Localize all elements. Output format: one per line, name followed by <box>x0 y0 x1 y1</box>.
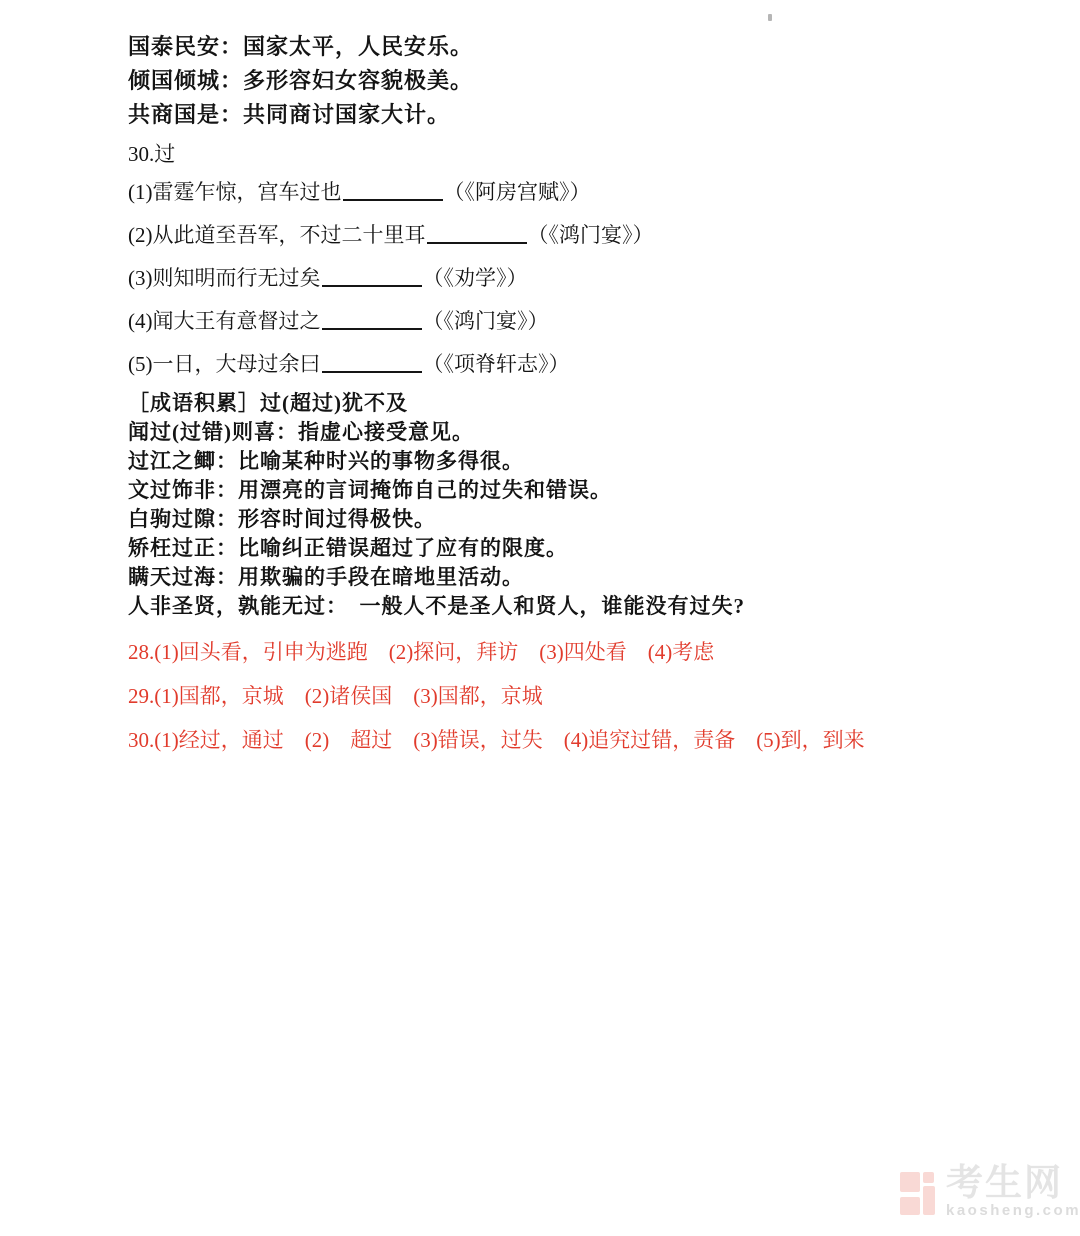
answer-blank <box>427 238 527 244</box>
idiom-line: 白驹过隙：形容时间过得极快。 <box>128 505 1008 534</box>
fill-blank-item: (4)闻大王有意督过之（《鸿门宴》） <box>128 308 1008 334</box>
item-source: （《项脊轩志》） <box>423 352 570 376</box>
answer-line: 29.(1)国都，京城 (2)诸侯国 (3)国都，京城 <box>128 683 1008 709</box>
fill-blank-item: (2)从此道至吾军，不过二十里耳（《鸿门宴》） <box>128 222 1008 248</box>
answer-blank <box>322 281 422 287</box>
item-source: （《鸿门宴》） <box>528 223 654 247</box>
item-source: （《阿房宫赋》） <box>444 180 591 204</box>
answer-blank <box>322 367 422 373</box>
logo-block <box>923 1186 935 1215</box>
item-text: (1)雷霆乍惊，宫车过也 <box>128 180 342 204</box>
answer-blank <box>322 324 422 330</box>
idiom-definition-line: 倾国倾城：多形容妇女容貌极美。 <box>128 64 1008 98</box>
idiom-line: 闻过(过错)则喜：指虚心接受意见。 <box>128 418 1008 447</box>
idiom-definition-line: 国泰民安：国家太平，人民安乐。 <box>128 30 1008 64</box>
item-text: (2)从此道至吾军，不过二十里耳 <box>128 223 426 247</box>
kaosheng-logo-icon <box>898 1170 938 1216</box>
idiom-definition-line: 共商国是：共同商讨国家大计。 <box>128 98 1008 132</box>
idiom-line: 过江之鲫：比喻某种时兴的事物多得很。 <box>128 447 1008 476</box>
fill-blank-item: (3)则知明而行无过矣（《劝学》） <box>128 265 1008 291</box>
item-text: (4)闻大王有意督过之 <box>128 309 321 333</box>
idiom-accumulation-list: 闻过(过错)则喜：指虚心接受意见。 过江之鲫：比喻某种时兴的事物多得很。 文过饰… <box>128 418 1008 621</box>
item-source: （《鸿门宴》） <box>423 309 549 333</box>
answer-line: 28.(1)回头看，引申为逃跑 (2)探问，拜访 (3)四处看 (4)考虑 <box>128 639 1008 665</box>
watermark-text: 考生网 kaosheng.com <box>946 1164 1080 1219</box>
logo-block <box>900 1197 920 1215</box>
watermark-site-url: kaosheng.com <box>946 1203 1080 1219</box>
answer-blank <box>343 195 443 201</box>
fill-blank-item: (1)雷霆乍惊，宫车过也（《阿房宫赋》） <box>128 179 1008 205</box>
scan-artifact-dot <box>768 14 772 21</box>
idiom-accumulation-header: ［成语积累］过(超过)犹不及 <box>128 389 1008 418</box>
watermark-site-name: 考生网 <box>946 1164 1080 1202</box>
logo-block <box>923 1172 934 1183</box>
item-source: （《劝学》） <box>423 266 528 290</box>
idiom-definitions: 国泰民安：国家太平，人民安乐。 倾国倾城：多形容妇女容貌极美。 共商国是：共同商… <box>128 30 1008 132</box>
item-text: (5)一日，大母过余曰 <box>128 352 321 376</box>
answer-key: 28.(1)回头看，引申为逃跑 (2)探问，拜访 (3)四处看 (4)考虑 29… <box>128 639 1008 753</box>
word-entry-heading: 30.过 <box>128 141 1008 167</box>
item-text: (3)则知明而行无过矣 <box>128 266 321 290</box>
idiom-line: 人非圣贤，孰能无过： 一般人不是圣人和贤人，谁能没有过失? <box>128 592 1008 621</box>
idiom-line: 瞒天过海：用欺骗的手段在暗地里活动。 <box>128 563 1008 592</box>
idiom-line: 文过饰非：用漂亮的言词掩饰自己的过失和错误。 <box>128 476 1008 505</box>
document-content: 国泰民安：国家太平，人民安乐。 倾国倾城：多形容妇女容貌极美。 共商国是：共同商… <box>128 30 1008 753</box>
fill-blank-exercise: (1)雷霆乍惊，宫车过也（《阿房宫赋》） (2)从此道至吾军，不过二十里耳（《鸿… <box>128 179 1008 377</box>
answer-line: 30.(1)经过，通过 (2) 超过 (3)错误，过失 (4)追究过错，责备 (… <box>128 727 1008 753</box>
document-page: 国泰民安：国家太平，人民安乐。 倾国倾城：多形容妇女容貌极美。 共商国是：共同商… <box>0 0 1080 1236</box>
idiom-line: 矫枉过正：比喻纠正错误超过了应有的限度。 <box>128 534 1008 563</box>
fill-blank-item: (5)一日，大母过余曰（《项脊轩志》） <box>128 351 1008 377</box>
logo-block <box>900 1172 920 1192</box>
kaosheng-watermark: 考生网 kaosheng.com <box>898 1164 1068 1222</box>
